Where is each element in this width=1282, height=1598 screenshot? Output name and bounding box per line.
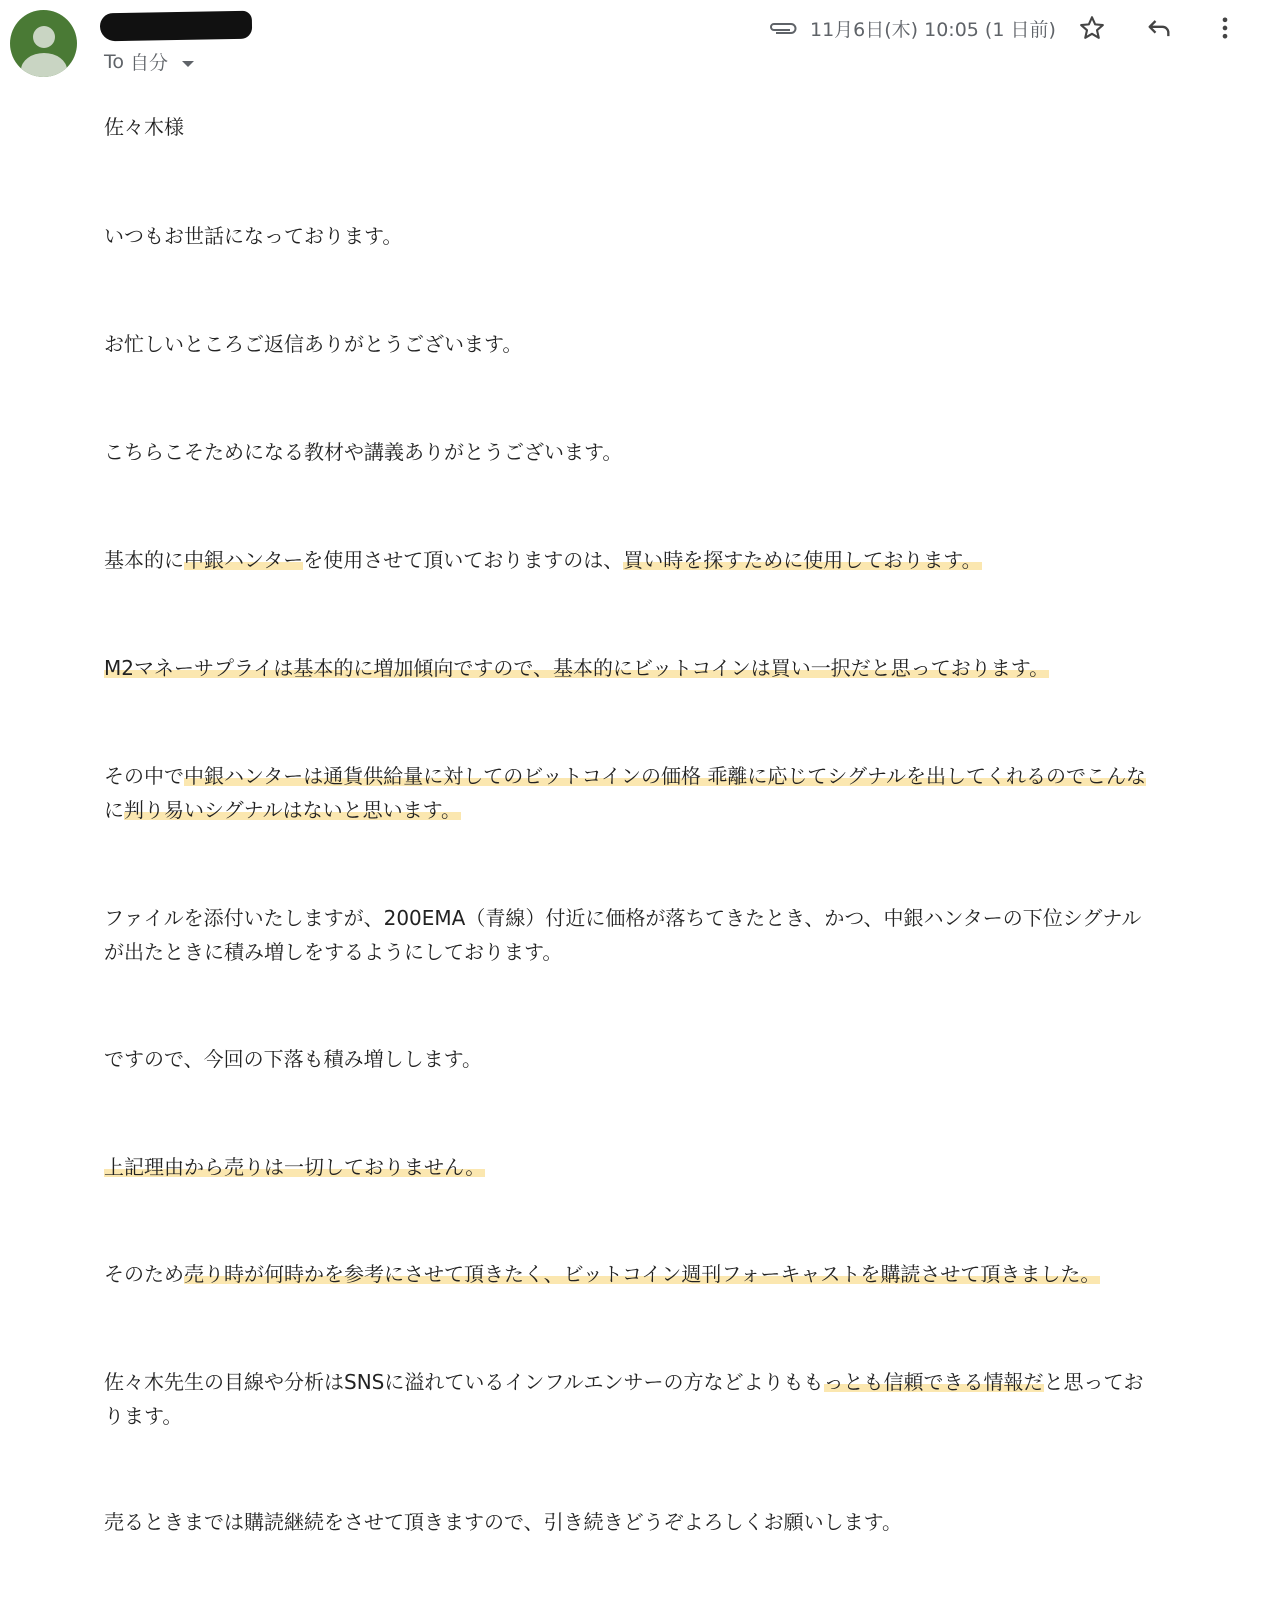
recipient-line: To 自分 (104, 48, 194, 75)
highlighted-text: 買い時を探すために使用しております。 (623, 548, 981, 572)
paragraph-6-line-2: に判り易いシグナルはないと思います。 (104, 793, 461, 827)
star-icon (1078, 14, 1106, 42)
paragraph-1: いつもお世話になっております。 (104, 219, 402, 253)
sender-avatar[interactable] (10, 10, 77, 77)
paragraph-7-line-1: ファイルを添付いたしますが、200EMA（青線）付近に価格が落ちてきたとき、かつ… (104, 901, 1141, 935)
reply-icon (1145, 14, 1173, 42)
highlighted-text: 中銀ハンターは通貨供給量に対してのビットコインの価格 乖離に応じてシグナルを出し… (184, 764, 1146, 788)
text: 基本的に (104, 548, 184, 572)
highlighted-text: M2マネーサプライは基本的に増加傾向ですので、基本的にビットコインは買い一択だと… (104, 656, 1049, 680)
text: と思ってお (1044, 1370, 1144, 1394)
message-date: 11月6日(木) 10:05 (1 日前) (810, 15, 1056, 42)
paragraph-6-line-1: その中で中銀ハンターは通貨供給量に対してのビットコインの価格 乖離に応じてシグナ… (104, 759, 1146, 793)
more-vert-icon (1211, 14, 1239, 42)
greeting: 佐々木様 (104, 110, 184, 144)
text: そのため (104, 1262, 184, 1286)
paragraph-12: 売るときまでは購読継続をさせて頂きますので、引き続きどうぞよろしくお願いします。 (104, 1505, 902, 1539)
highlighted-text: 上記理由から売りは一切しておりません。 (104, 1155, 485, 1179)
paperclip-icon (768, 19, 798, 37)
highlighted-text: っとも信頼できる情報だ (824, 1370, 1044, 1394)
message-meta: 11月6日(木) 10:05 (1 日前) (768, 12, 1056, 44)
paragraph-5: M2マネーサプライは基本的に増加傾向ですので、基本的にビットコインは買い一択だと… (104, 651, 1049, 685)
paragraph-9: 上記理由から売りは一切しておりません。 (104, 1150, 485, 1184)
highlighted-text: 判り易いシグナルはないと思います。 (124, 798, 461, 822)
avatar-head-shape (33, 26, 55, 48)
more-options-button[interactable] (1207, 10, 1243, 46)
paragraph-4: 基本的に中銀ハンターを使用させて頂いておりますのは、買い時を探すために使用してお… (104, 543, 982, 577)
text: その中で (104, 764, 184, 788)
paragraph-8: ですので、今回の下落も積み増しします。 (104, 1042, 482, 1076)
text: 佐々木先生の目線や分析はSNSに溢れているインフルエンサーの方などよりもも (104, 1370, 824, 1394)
text: に (104, 798, 124, 822)
to-recipient: 自分 (130, 48, 168, 75)
highlighted-text: 売り時が何時かを参考にさせて頂きたく、ビットコイン週刊フォーキャストを購読させて… (184, 1262, 1100, 1286)
paragraph-11-line-1: 佐々木先生の目線や分析はSNSに溢れているインフルエンサーの方などよりももっとも… (104, 1365, 1144, 1399)
reply-button[interactable] (1141, 10, 1177, 46)
paragraph-11-line-2: ります。 (104, 1399, 182, 1433)
to-prefix: To (104, 51, 124, 73)
paragraph-10: そのため売り時が何時かを参考にさせて頂きたく、ビットコイン週刊フォーキャストを購… (104, 1257, 1100, 1291)
text: を使用させて頂いておりますのは、 (303, 548, 623, 572)
sender-name-redacted (100, 11, 252, 42)
star-button[interactable] (1074, 10, 1110, 46)
paragraph-3: こちらこそためになる教材や講義ありがとうございます。 (104, 435, 622, 469)
highlighted-text: 中銀ハンター (184, 548, 303, 572)
recipient-details-dropdown-icon[interactable] (182, 61, 194, 67)
avatar-body-shape (21, 53, 67, 77)
paragraph-2: お忙しいところご返信ありがとうございます。 (104, 327, 522, 361)
paragraph-7-line-2: が出たときに積み増しをするようにしております。 (104, 935, 562, 969)
